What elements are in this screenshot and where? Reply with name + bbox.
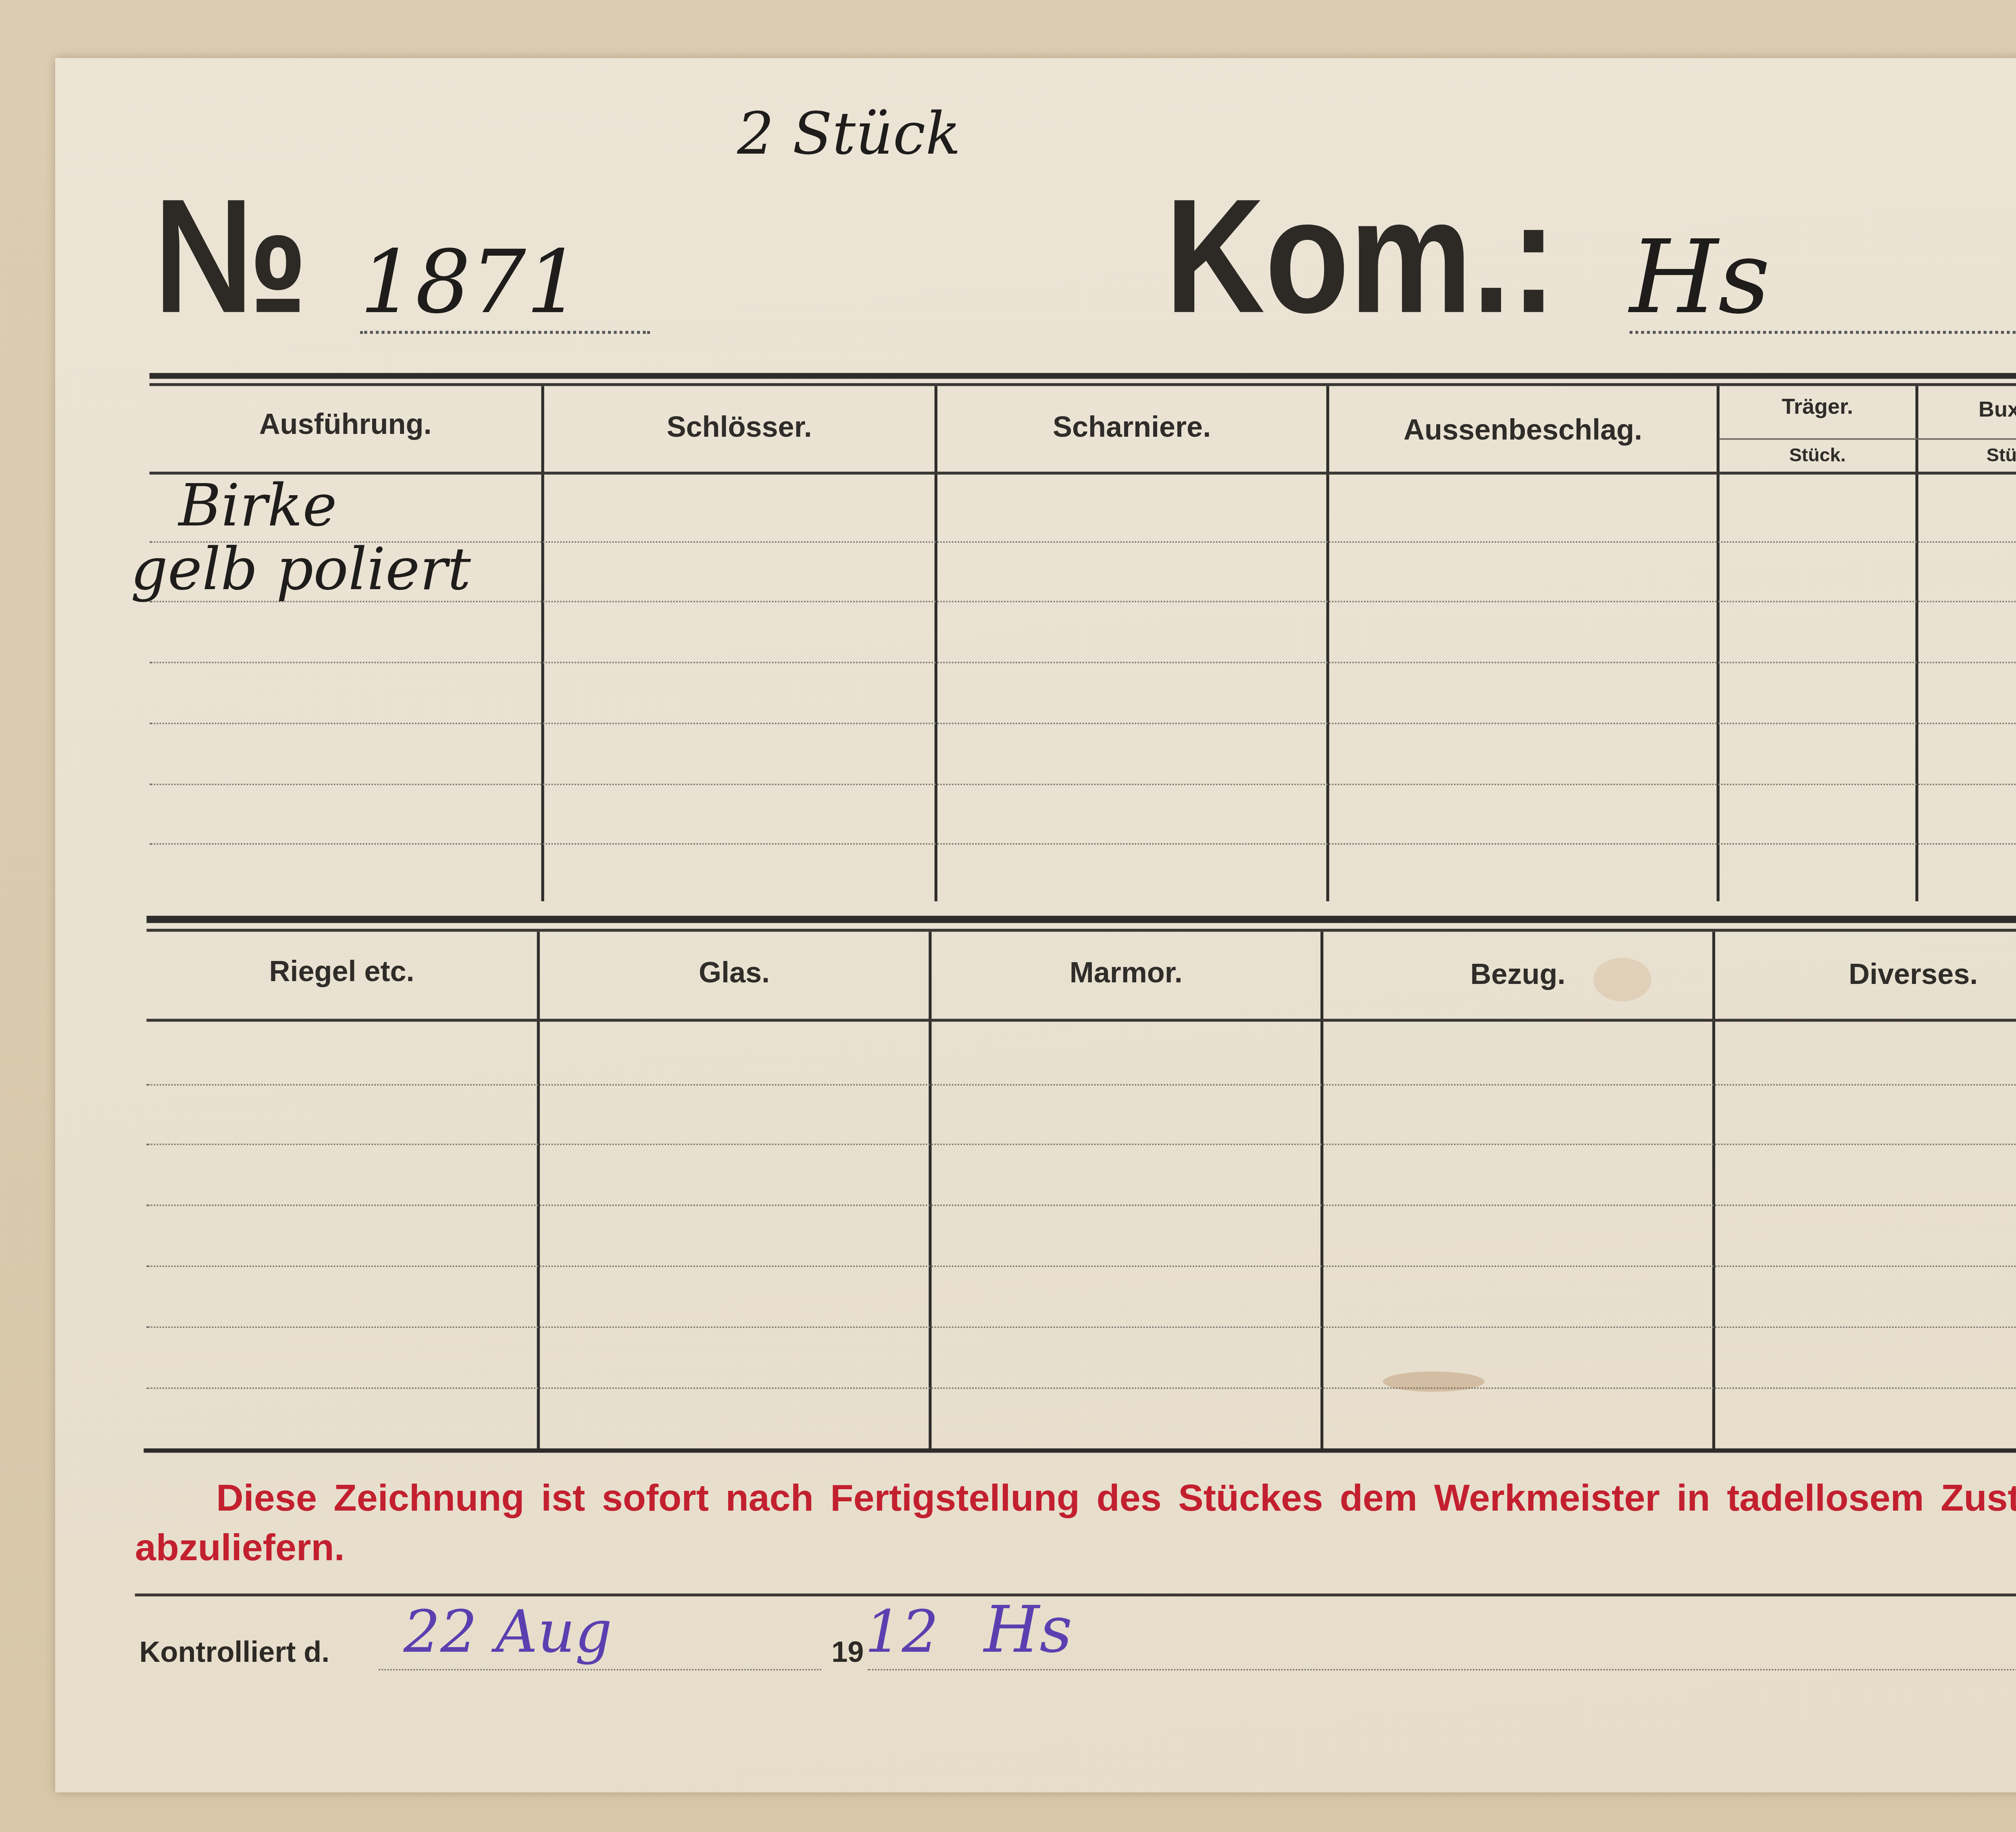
kommission-value: Hs (1630, 218, 1770, 337)
bottom-row-line-1 (146, 1084, 2016, 1086)
top-table-top-rule-inner (150, 383, 2016, 386)
header-riegel: Riegel etc. (146, 957, 537, 990)
header-schloesser: Schlösser. (544, 412, 935, 446)
number-value: 1871 (360, 232, 582, 334)
top-column-divider-3 (1326, 386, 1329, 901)
stueck-sub-divider (1720, 438, 2016, 440)
header-diverses: Diverses. (1715, 959, 2016, 993)
number-label: № (154, 163, 300, 350)
bottom-row-line-2 (146, 1144, 2016, 1145)
top-row-line-6 (150, 843, 2016, 845)
bottom-row-line-4 (146, 1265, 2016, 1267)
header-scharniere: Scharniere. (937, 412, 1327, 446)
stain (1593, 958, 1652, 1001)
top-column-divider-4 (1716, 386, 1719, 901)
ausfuehrung-entry-line-1: Birke (179, 476, 337, 537)
handwritten-quantity-note: 2 Stück (737, 102, 960, 169)
kontrolliert-label: Kontrolliert d. (139, 1637, 329, 1671)
kontrolliert-year-dots (868, 1669, 2016, 1671)
kontrolliert-initials-handwritten: Hs (984, 1594, 1072, 1668)
scan-background: 2 Stück № 1871 Kom.: Hs Ausführung. Schl… (0, 0, 2016, 1832)
bottom-column-divider-2 (929, 932, 931, 1451)
top-table-top-rule (150, 373, 2016, 379)
kontrolliert-year-handwritten: 12 (865, 1599, 939, 1666)
order-form-sheet: 2 Stück № 1871 Kom.: Hs Ausführung. Schl… (55, 58, 2016, 1792)
header-traeger: Träger. (1720, 395, 1916, 419)
top-column-divider-5 (1916, 386, 1918, 901)
bottom-row-line-6 (146, 1388, 2016, 1389)
bottom-column-divider-1 (537, 932, 540, 1451)
header-ausfuehrung: Ausführung. (150, 409, 541, 443)
year-prefix: 19 (831, 1637, 864, 1671)
kommission-label: Kom.: (1165, 163, 1557, 350)
red-instruction-notice: Diese Zeichnung ist sofort nach Fertigst… (135, 1473, 2016, 1572)
header-buxen: Buxen. (1918, 398, 2016, 422)
footer-rule (135, 1594, 2016, 1596)
bottom-table-top-rule-inner (146, 929, 2016, 932)
stain (1383, 1371, 1485, 1392)
number-dotted-line (360, 331, 650, 334)
bottom-column-divider-3 (1320, 932, 1323, 1451)
header-bezug: Bezug. (1323, 959, 1712, 993)
top-row-line-5 (150, 784, 2016, 785)
bottom-table-top-rule (146, 916, 2016, 923)
header-traeger-unit: Stück. (1720, 444, 1916, 466)
top-row-line-3 (150, 662, 2016, 663)
bottom-table-header-rule (146, 1019, 2016, 1021)
header-glas: Glas. (540, 958, 929, 991)
bottom-table-bottom-rule (144, 1449, 2016, 1453)
kontrolliert-date-dots (379, 1669, 821, 1671)
top-column-divider-1 (541, 386, 544, 901)
header-aussenbeschlag: Aussenbeschlag. (1329, 415, 1717, 448)
top-table-header-rule (150, 472, 2016, 475)
header-buxen-unit: Stück. (1918, 444, 2016, 466)
top-row-line-4 (150, 723, 2016, 724)
top-column-divider-2 (935, 386, 937, 901)
bottom-column-divider-4 (1712, 932, 1715, 1451)
ausfuehrung-entry-line-2: gelb poliert (131, 540, 471, 601)
header-marmor: Marmor. (931, 958, 1320, 991)
bottom-row-line-3 (146, 1205, 2016, 1206)
bottom-row-line-5 (146, 1326, 2016, 1328)
kommission-dotted-line (1630, 331, 2016, 334)
kontrolliert-date-handwritten: 22 Aug (403, 1599, 612, 1666)
